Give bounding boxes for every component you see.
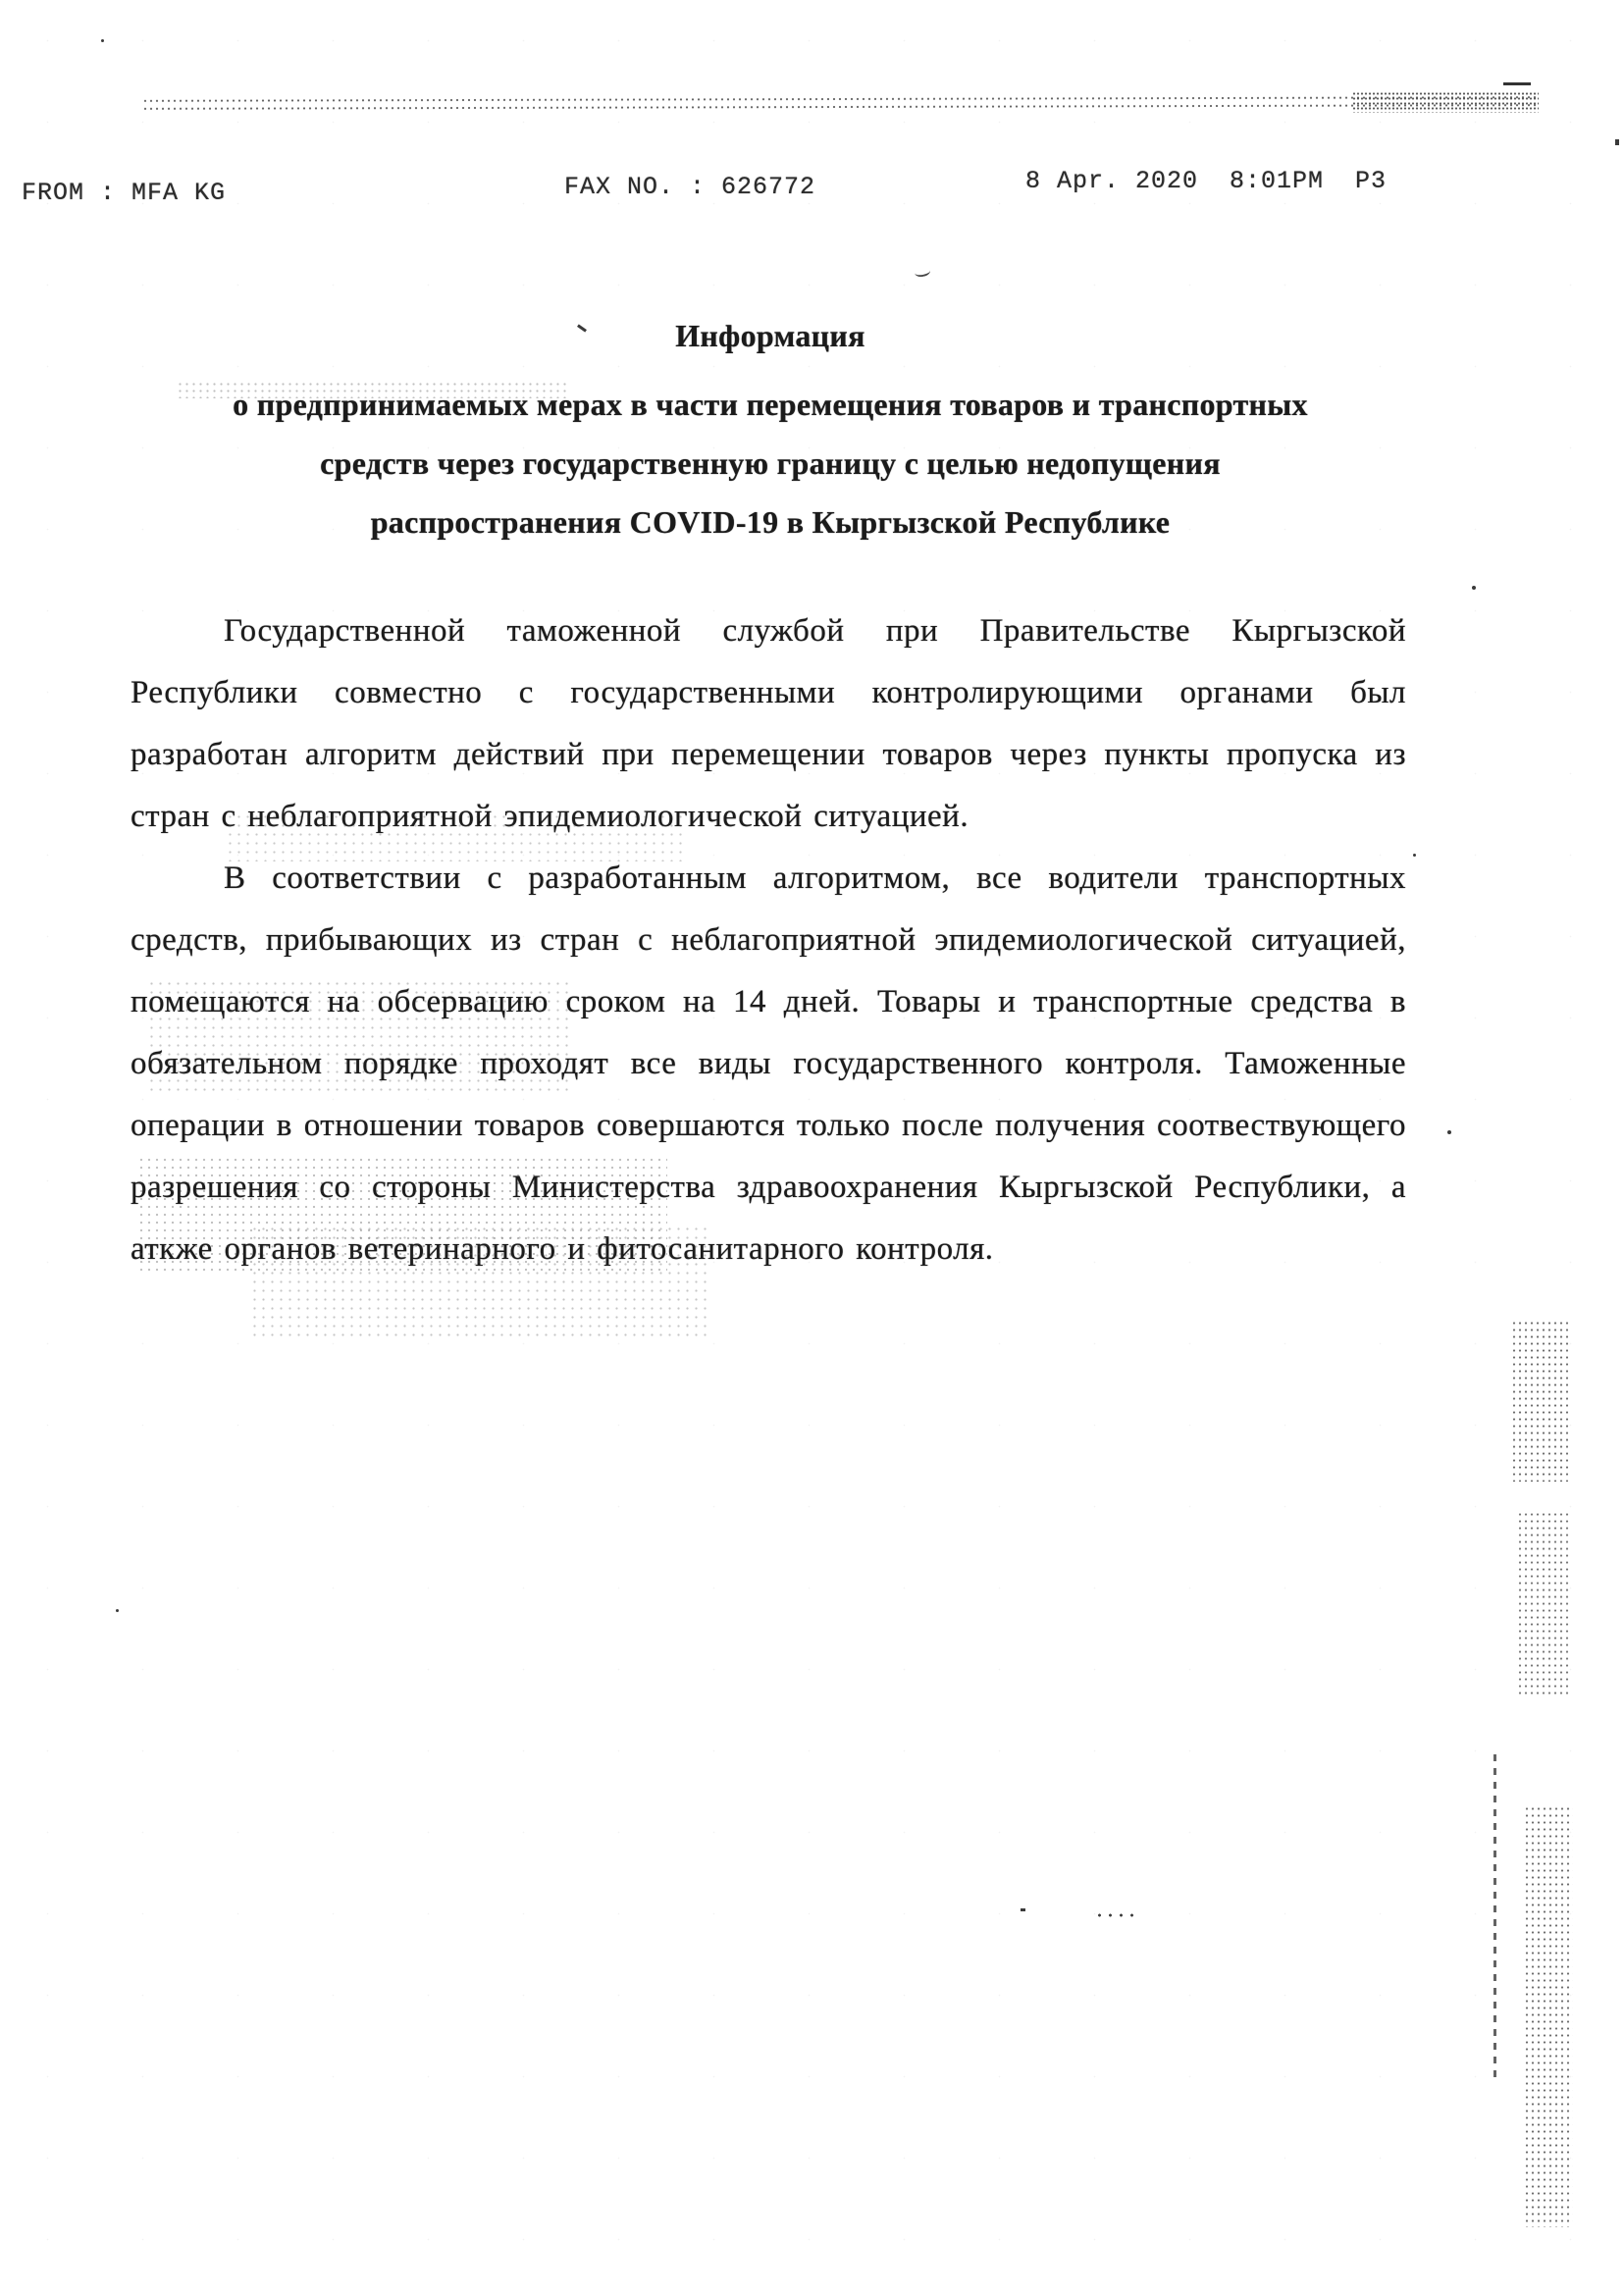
fax-noise-column-1: [1511, 1320, 1568, 1482]
fax-page: FROM : MFA KG FAX NO. : 626772 8 Apr. 20…: [0, 0, 1624, 2295]
fax-noise-dashed-line: [1493, 1754, 1496, 2083]
title-line-4: распространения COVID-19 в Кыргызской Ре…: [132, 493, 1408, 551]
fax-noise-speck: [1094, 1913, 1137, 1917]
fax-noise-corner-dash: [1503, 82, 1531, 85]
fax-noise-column-2: [1517, 1511, 1570, 1697]
fax-noise-speck: [1021, 1908, 1025, 1911]
fax-noise-top-strip-right: [1352, 91, 1539, 113]
fax-noise-speck: [1615, 139, 1619, 145]
fax-noise-speck: [914, 266, 930, 279]
fax-noise-speck: [1447, 1130, 1451, 1134]
paragraph-1: Государственной таможенной службой при П…: [131, 600, 1406, 848]
title-line-1: Информация: [132, 306, 1408, 365]
paragraph-2: В соответствии с разработанным алгоритмо…: [131, 848, 1406, 1280]
title-line-2: о предпринимаемых мерах в части перемеще…: [132, 375, 1408, 434]
document-title: Информация о предпринимаемых мерах в час…: [132, 306, 1408, 551]
fax-noise-speck: [1413, 854, 1416, 857]
fax-noise-speck: [101, 39, 104, 42]
fax-noise-top-strip: [142, 93, 1536, 113]
title-line-3: средств через государственную границу с …: [132, 434, 1408, 493]
fax-noise-column-3: [1524, 1805, 1573, 2227]
fax-sender: FROM : MFA KG: [22, 179, 226, 207]
fax-noise-speck: [1472, 586, 1476, 590]
fax-number: FAX NO. : 626772: [564, 173, 815, 201]
document-body: Государственной таможенной службой при П…: [131, 600, 1406, 1280]
fax-datetime-page: 8 Apr. 2020 8:01PM P3: [1025, 167, 1387, 195]
fax-noise-speck: [116, 1609, 119, 1612]
